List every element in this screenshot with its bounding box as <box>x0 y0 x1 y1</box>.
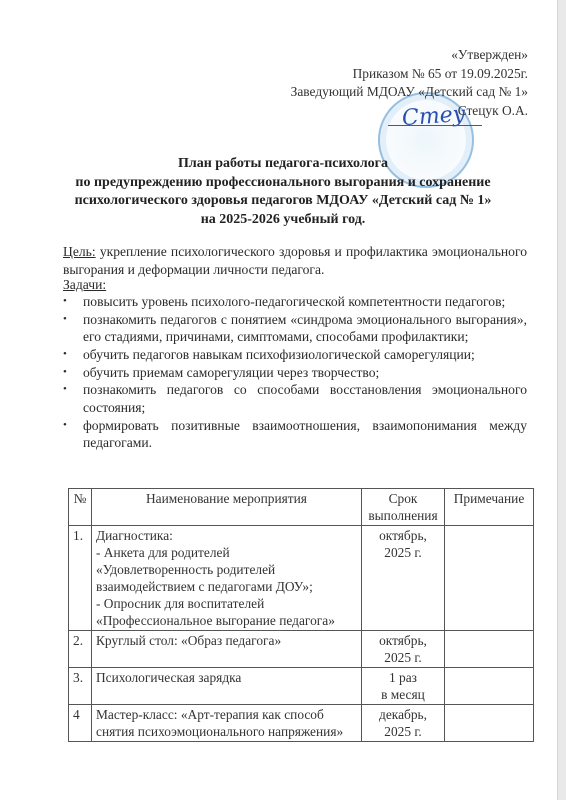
activity-line: «Профессиональное выгорание педагога» <box>96 612 357 629</box>
deadline-line: 1 раз <box>366 669 440 686</box>
deadline-line: 2025 г. <box>366 544 440 561</box>
activity-line: - Опросник для воспитателей <box>96 595 357 612</box>
row-number: 3. <box>69 668 92 705</box>
deadline-line: декабрь, <box>366 706 440 723</box>
approval-block: «Утвержден» Приказом № 65 от 19.09.2025г… <box>291 46 528 120</box>
row-number: 4 <box>69 705 92 742</box>
row-deadline: декабрь,2025 г. <box>362 705 445 742</box>
activity-line: взаимодействием с педагогами ДОУ»; <box>96 578 357 595</box>
table-row: 4Мастер-класс: «Арт-терапия как способсн… <box>69 705 534 742</box>
row-number: 1. <box>69 526 92 631</box>
tasks-list: повысить уровень психолого-педагогическо… <box>63 293 527 452</box>
tasks-label: Задачи: <box>63 277 106 293</box>
signature-line <box>388 125 482 126</box>
table-header-row: № Наименование мероприятия Срок выполнен… <box>69 489 534 526</box>
deadline-line: 2025 г. <box>366 723 440 740</box>
row-deadline: 1 разв месяц <box>362 668 445 705</box>
document-title: План работы педагога-психолога по предуп… <box>40 155 526 229</box>
row-activity-name: Мастер-класс: «Арт-терапия как способсня… <box>92 705 362 742</box>
activity-line: Мастер-класс: «Арт-терапия как способ <box>96 706 357 723</box>
row-note <box>445 668 534 705</box>
activity-line: Психологическая зарядка <box>96 669 357 686</box>
title-line: План работы педагога-психолога <box>40 155 526 174</box>
header-number: № <box>69 489 92 526</box>
goal-text: укрепление психологического здоровья и п… <box>63 244 527 277</box>
approval-line: Стецук О.А. <box>291 102 528 121</box>
approval-line: «Утвержден» <box>291 46 528 65</box>
row-note <box>445 526 534 631</box>
goal-paragraph: Цель: укрепление психологического здоров… <box>63 243 527 278</box>
header-note: Примечание <box>445 489 534 526</box>
activity-line: «Удовлетворенность родителей <box>96 561 357 578</box>
header-deadline-line: Срок <box>366 490 440 507</box>
row-number: 2. <box>69 631 92 668</box>
row-activity-name: Диагностика:- Анкета для родителей«Удовл… <box>92 526 362 631</box>
table-row: 3.Психологическая зарядка1 разв месяц <box>69 668 534 705</box>
task-item: обучить приемам саморегуляции через твор… <box>63 364 527 381</box>
task-item: формировать позитивные взаимоотношения, … <box>63 417 527 452</box>
row-activity-name: Психологическая зарядка <box>92 668 362 705</box>
approval-line: Приказом № 65 от 19.09.2025г. <box>291 65 528 84</box>
activity-line: - Анкета для родителей <box>96 544 357 561</box>
row-note <box>445 705 534 742</box>
title-line: по предупреждению профессионального выго… <box>40 174 526 193</box>
task-item: обучить педагогов навыкам психофизиологи… <box>63 346 527 363</box>
goal-label: Цель: <box>63 244 96 259</box>
activity-line: снятия психоэмоционального напряжения» <box>96 723 357 740</box>
header-activity-name: Наименование мероприятия <box>92 489 362 526</box>
header-deadline-line: выполнения <box>366 507 440 524</box>
header-deadline: Срок выполнения <box>362 489 445 526</box>
row-deadline: октябрь,2025 г. <box>362 526 445 631</box>
row-note <box>445 631 534 668</box>
activity-line: Диагностика: <box>96 527 357 544</box>
approval-line: Заведующий МДОАУ «Детский сад № 1» <box>291 83 528 102</box>
task-item: познакомить педагогов с понятием «синдро… <box>63 311 527 346</box>
scrollbar-track[interactable] <box>557 0 566 800</box>
table-row: 2.Круглый стол: «Образ педагога»октябрь,… <box>69 631 534 668</box>
table-row: 1.Диагностика:- Анкета для родителей«Удо… <box>69 526 534 631</box>
deadline-line: в месяц <box>366 686 440 703</box>
task-item: повысить уровень психолого-педагогическо… <box>63 293 527 310</box>
activity-line: Круглый стол: «Образ педагога» <box>96 632 357 649</box>
deadline-line: октябрь, <box>366 632 440 649</box>
row-activity-name: Круглый стол: «Образ педагога» <box>92 631 362 668</box>
deadline-line: 2025 г. <box>366 649 440 666</box>
deadline-line: октябрь, <box>366 527 440 544</box>
row-deadline: октябрь,2025 г. <box>362 631 445 668</box>
title-line: психологического здоровья педагогов МДОА… <box>40 192 526 211</box>
title-line: на 2025-2026 учебный год. <box>40 211 526 230</box>
task-item: познакомить педагогов со способами восст… <box>63 381 527 416</box>
activities-table: № Наименование мероприятия Срок выполнен… <box>68 488 534 742</box>
